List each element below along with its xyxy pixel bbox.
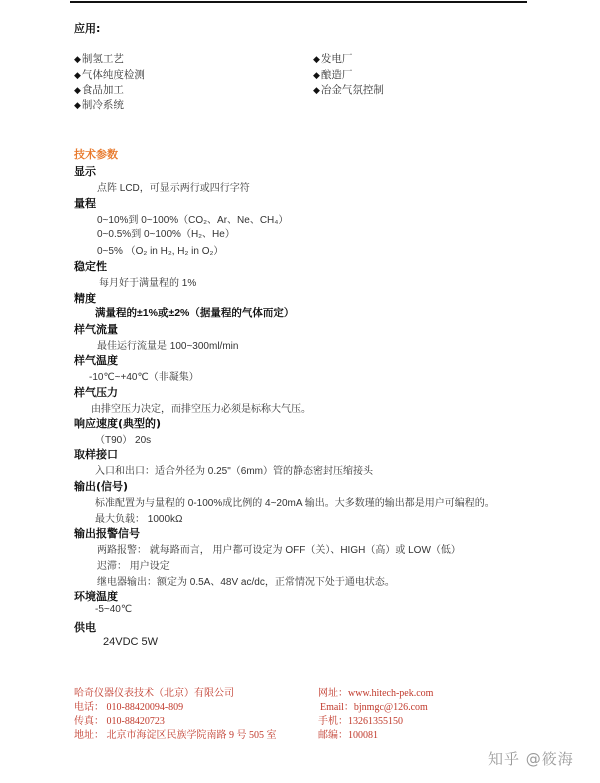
spec-line: 最佳运行流量是 100~300ml/min	[97, 337, 238, 352]
spec-line: 迟滞： 用户设定	[97, 557, 170, 572]
application-item: ◆发电厂	[313, 51, 352, 66]
mobile: 手机：13261355150	[318, 712, 403, 727]
email: Email：bjnmgc@126.com	[320, 698, 428, 713]
diamond-bullet-icon: ◆	[74, 86, 81, 96]
section-title-accuracy: 精度	[74, 290, 96, 306]
section-title-stability: 稳定性	[74, 258, 107, 274]
application-item: ◆冶金气氛控制	[313, 82, 384, 97]
application-item: ◆制氢工艺	[74, 51, 124, 66]
section-title-output: 输出(信号)	[74, 478, 128, 494]
spec-line: 继电器输出：额定为 0.5A、48V ac/dc，正常情况下处于通电状态。	[97, 573, 395, 588]
diamond-bullet-icon: ◆	[313, 86, 320, 96]
section-title-range: 量程	[74, 195, 96, 211]
top-rule	[70, 1, 527, 3]
spec-line: 两路报警： 就每路而言， 用户都可设定为 OFF（关）、HIGH（高）或 LOW…	[97, 541, 461, 556]
section-title-sample-pressure: 样气压力	[74, 384, 118, 400]
spec-line: 0~10%到 0~100%（CO₂、Ar、Ne、CH₄）	[97, 211, 288, 226]
phone: 电话： 010-88420094-809	[74, 698, 183, 713]
spec-line: （T90） 20s	[95, 431, 151, 446]
section-title-sampling-port: 取样接口	[74, 446, 118, 462]
address: 地址： 北京市海淀区民族学院南路 9 号 505 室	[74, 726, 277, 741]
spec-line: 每月好于满量程的 1%	[99, 274, 196, 289]
section-title-response: 响应速度(典型的)	[74, 415, 161, 431]
section-title-display: 显示	[74, 163, 96, 179]
diamond-bullet-icon: ◆	[74, 71, 81, 81]
spec-line: 满量程的±1%或±2%（据量程的气体而定）	[95, 305, 294, 320]
diamond-bullet-icon: ◆	[74, 55, 81, 65]
application-item: ◆制冷系统	[74, 97, 124, 112]
spec-line: 由排空压力决定，而排空压力必须是标称大气压。	[91, 400, 311, 415]
diamond-bullet-icon: ◆	[313, 71, 320, 81]
postcode: 邮编：100081	[318, 726, 378, 741]
watermark: 知乎 @筱海	[488, 748, 574, 769]
section-title-sample-temp: 样气温度	[74, 352, 118, 368]
section-title-ambient-temp: 环境温度	[74, 588, 118, 604]
spec-line: 标准配置为与量程的 0-100%成比例的 4~20mA 输出。大多数瑾的输出都是…	[95, 494, 495, 509]
applications-heading: 应用:	[74, 20, 100, 36]
section-title-sample-flow: 样气流量	[74, 321, 118, 337]
spec-line: 入口和出口：适合外径为 0.25"（6mm）管的静态密封压缩接头	[95, 462, 373, 477]
application-item: ◆气体纯度检测	[74, 67, 145, 82]
spec-line: 24VDC 5W	[103, 636, 158, 648]
spec-line: -5~40℃	[95, 604, 132, 615]
spec-line: 0~5% （O₂ in H₂, H₂ in O₂）	[97, 242, 223, 257]
diamond-bullet-icon: ◆	[313, 55, 320, 65]
application-item: ◆酿造厂	[313, 67, 352, 82]
spec-line: 最大负载： 1000kΩ	[95, 510, 183, 525]
tech-params-heading: 技术参数	[74, 146, 118, 162]
spec-line: -10℃~+40℃（非凝集）	[89, 368, 199, 383]
section-title-power: 供电	[74, 619, 96, 635]
spec-line: 0~0.5%到 0~100%（H₂、He）	[97, 225, 235, 240]
section-title-alarm: 输出报警信号	[74, 525, 140, 541]
spec-line: 点阵 LCD，可显示两行或四行字符	[97, 179, 250, 194]
application-item: ◆食品加工	[74, 82, 124, 97]
company-name: 哈奇仪器仪表技术（北京）有限公司	[74, 684, 234, 699]
website: 网址：www.hitech-pek.com	[318, 684, 433, 699]
fax: 传真： 010-88420723	[74, 712, 165, 727]
diamond-bullet-icon: ◆	[74, 101, 81, 111]
